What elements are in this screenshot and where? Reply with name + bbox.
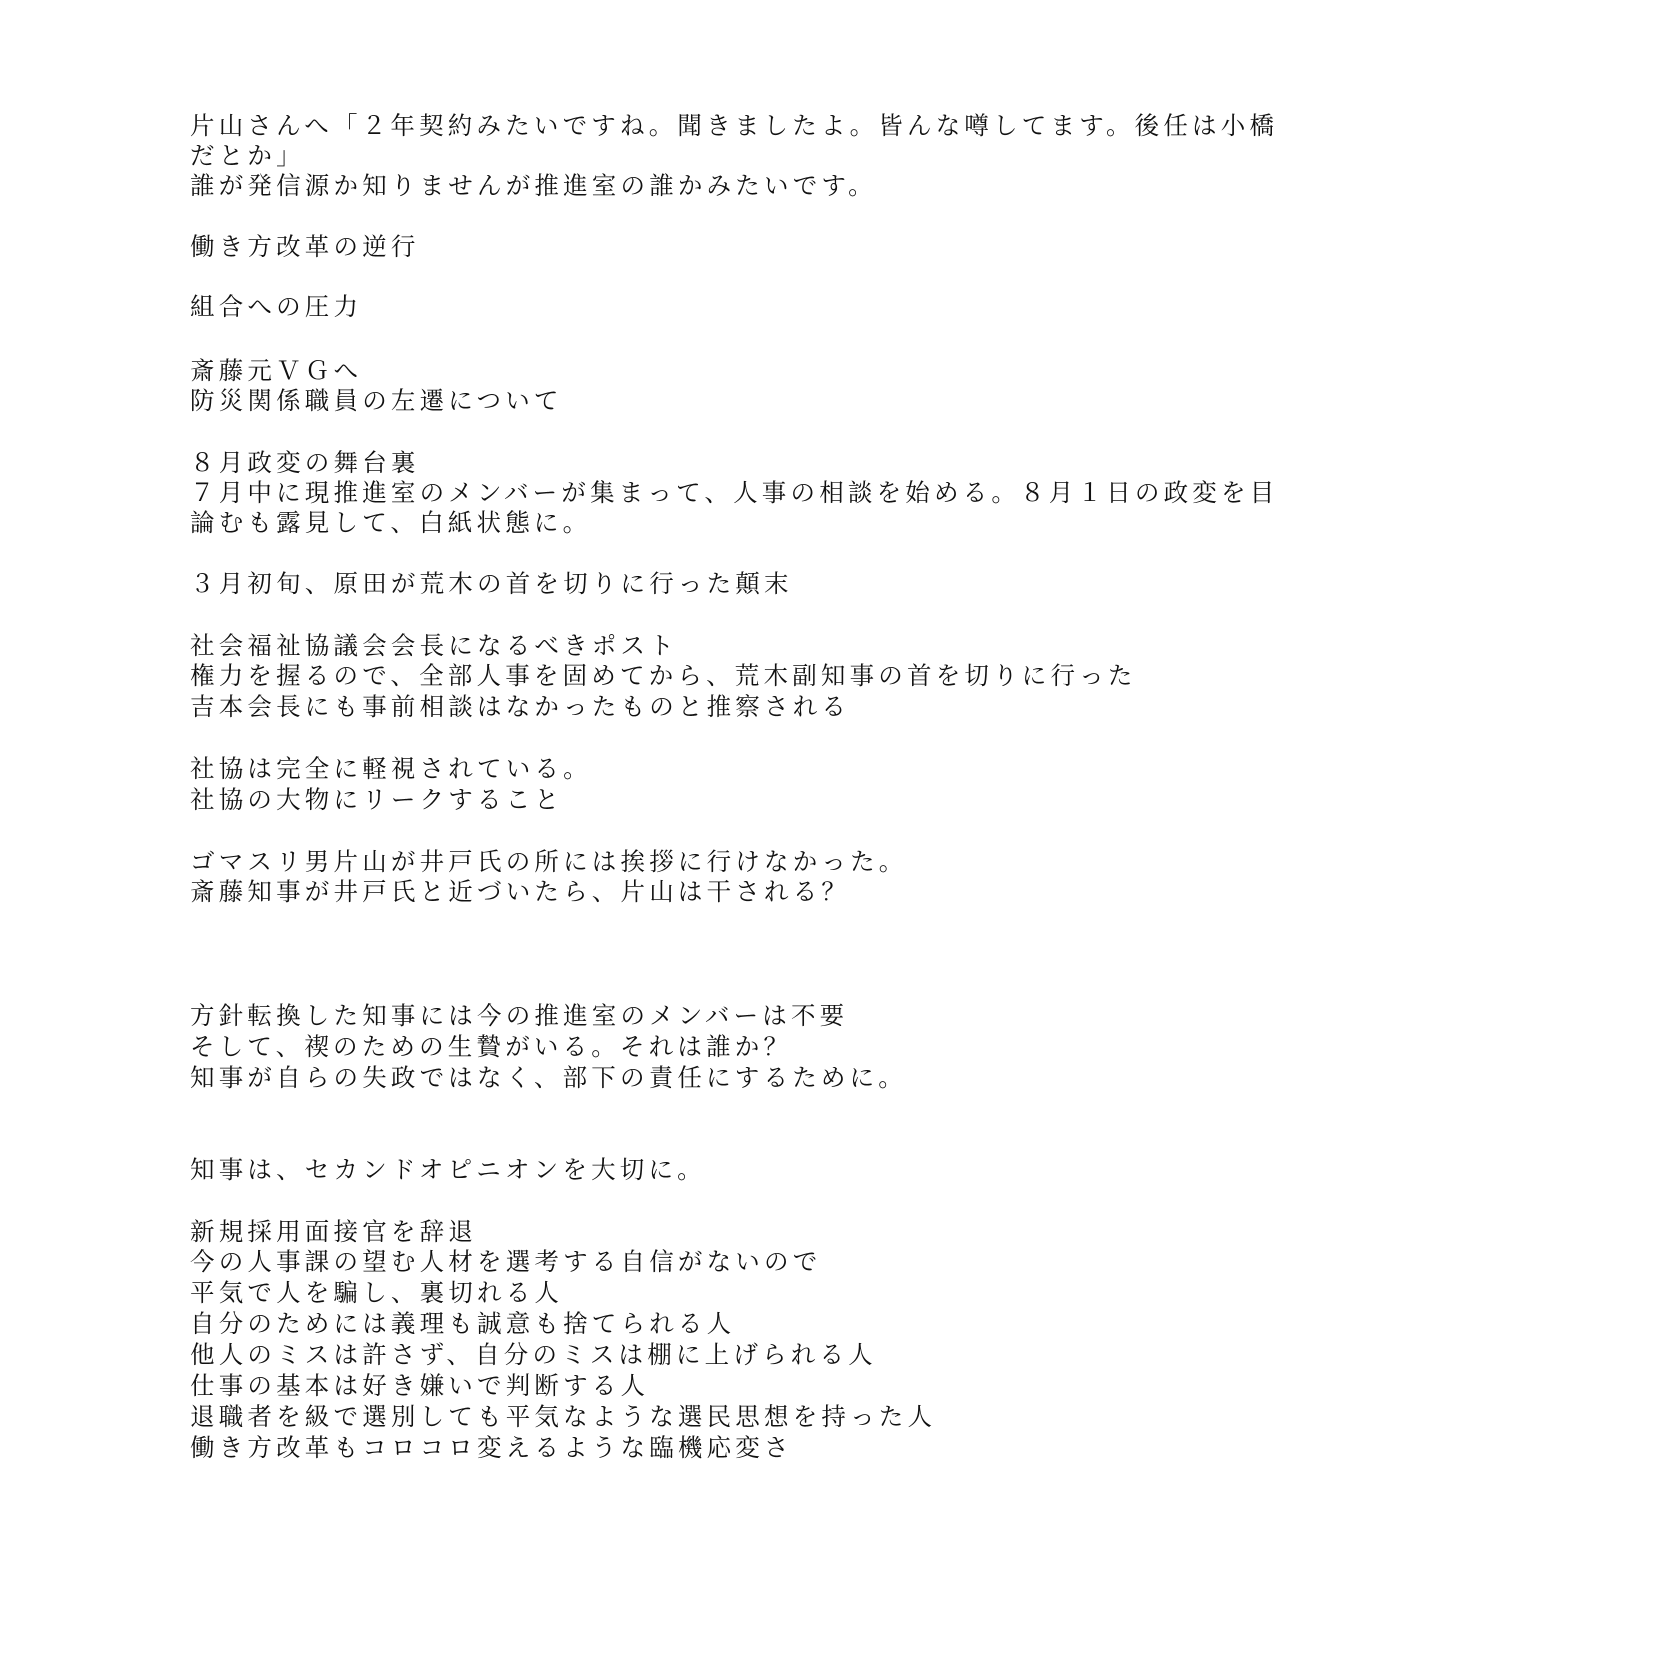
text-line: 社協は完全に軽視されている。 <box>190 754 592 784</box>
text-line: 誰が発信源か知りませんが推進室の誰かみたいです。 <box>190 171 877 201</box>
text-line: 社協の大物にリークすること <box>190 785 563 815</box>
text-line: 働き方改革もコロコロ変えるような臨機応変さ <box>190 1433 793 1463</box>
text-line: 方針転換した知事には今の推進室のメンバーは不要 <box>190 1001 848 1031</box>
text-line: 他人のミスは許さず、自分のミスは棚に上げられる人 <box>190 1340 877 1370</box>
text-line: 新規採用面接官を辞退 <box>190 1217 477 1247</box>
text-line: 知事が自らの失政ではなく、部下の責任にするために。 <box>190 1063 907 1093</box>
text-line: 今の人事課の望む人材を選考する自信がないので <box>190 1247 821 1277</box>
text-line: 知事は、セカンドオピニオンを大切に。 <box>190 1155 706 1185</box>
text-line: そして、禊のための生贄がいる。それは誰か？ <box>190 1032 792 1062</box>
text-line: 斎藤元ＶＧへ <box>190 356 362 386</box>
text-line: 平気で人を騙し、裏切れる人 <box>190 1278 563 1308</box>
text-line: 退職者を級で選別しても平気なような選民思想を持った人 <box>190 1402 936 1432</box>
document-page: 片山さんへ「２年契約みたいですね。聞きましたよ。皆んな噂してます。後任は小橋 だ… <box>0 0 1654 1654</box>
text-line: 組合への圧力 <box>190 292 362 322</box>
text-line: だとか」 <box>190 141 305 171</box>
text-line: 仕事の基本は好き嫌いで判断する人 <box>190 1371 649 1401</box>
text-line: 斎藤知事が井戸氏と近づいたら、片山は干される？ <box>190 877 850 907</box>
text-line: 論むも露見して、白紙状態に。 <box>190 508 591 538</box>
text-line: ８月政変の舞台裏 <box>190 448 420 478</box>
text-line: ３月初旬、原田が荒木の首を切りに行った顛末 <box>190 569 793 599</box>
text-line: 働き方改革の逆行 <box>190 232 420 262</box>
text-line: 吉本会長にも事前相談はなかったものと推察される <box>190 692 850 722</box>
text-line: 権力を握るので、全部人事を固めてから、荒木副知事の首を切りに行った <box>190 661 1137 691</box>
text-line: ７月中に現推進室のメンバーが集まって、人事の相談を始める。８月１日の政変を目 <box>190 478 1278 508</box>
text-line: ゴマスリ男片山が井戸氏の所には挨拶に行けなかった。 <box>190 847 908 877</box>
text-line: 自分のためには義理も誠意も捨てられる人 <box>190 1309 735 1339</box>
text-line: 片山さんへ「２年契約みたいですね。聞きましたよ。皆んな噂してます。後任は小橋 <box>190 111 1278 141</box>
text-line: 社会福祉協議会会長になるべきポスト <box>190 631 678 661</box>
text-line: 防災関係職員の左遷について <box>190 386 563 416</box>
